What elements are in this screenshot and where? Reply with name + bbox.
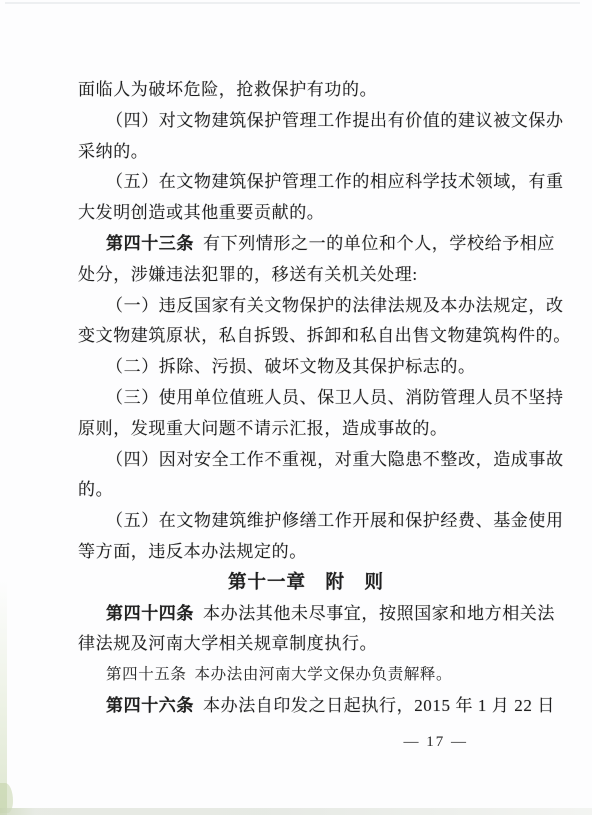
line-text: （五）在文物建筑保护管理工作的相应科学技术领域，有重	[106, 172, 564, 191]
scanned-document-page: 面临人为破坏危险，抢救保护有功的。（四）对文物建筑保护管理工作提出有价值的建议被…	[0, 0, 592, 815]
text-line: （三）使用单位值班人员、保卫人员、消防管理人员不坚持	[78, 383, 552, 414]
scan-artifact-top-edge	[5, 2, 580, 4]
line-text: 本办法自印发之日起执行，2015 年 1 月 22 日	[203, 696, 555, 715]
text-line: 第四十六条本办法自印发之日起执行，2015 年 1 月 22 日	[78, 691, 552, 722]
line-text: （三）使用单位值班人员、保卫人员、消防管理人员不坚持	[106, 388, 564, 407]
line-text: 采纳的。	[78, 142, 148, 161]
article-number: 第四十六条	[106, 696, 194, 715]
text-line: 等方面，违反本办法规定的。	[78, 537, 552, 568]
scan-artifact-bottom-edge	[0, 808, 592, 815]
text-line: 大发明创造或其他重要贡献的。	[78, 198, 552, 229]
line-text: 变文物建筑原状，私自拆毁、拆卸和私自出售文物建筑构件的。	[78, 326, 571, 345]
document-body: 面临人为破坏危险，抢救保护有功的。（四）对文物建筑保护管理工作提出有价值的建议被…	[0, 0, 592, 753]
article-number: 第四十五条	[106, 666, 187, 683]
text-line: 变文物建筑原状，私自拆毁、拆卸和私自出售文物建筑构件的。	[78, 321, 552, 352]
text-line: 的。	[78, 475, 552, 506]
line-text: 大发明创造或其他重要贡献的。	[78, 203, 324, 222]
text-line: 第四十五条本办法由河南大学文保办负责解释。	[78, 660, 552, 691]
article-number: 第四十三条	[106, 234, 194, 253]
line-text: 处分，涉嫌违法犯罪的，移送有关机关处理:	[78, 265, 418, 284]
text-line: （四）因对安全工作不重视，对重大隐患不整改，造成事故	[78, 445, 552, 476]
page-number: — 17 —	[78, 731, 552, 753]
line-text: 第十一章 附 则	[228, 573, 384, 593]
text-line: （二）拆除、污损、破坏文物及其保护标志的。	[78, 352, 552, 383]
text-line: （一）违反国家有关文物保护的法律法规及本办法规定，改	[78, 291, 552, 322]
line-text: （四）对文物建筑保护管理工作提出有价值的建议被文保办	[106, 111, 564, 130]
line-text: 本办法由河南大学文保办负责解释。	[195, 666, 453, 683]
text-line: 采纳的。	[78, 137, 552, 168]
scan-artifact-left-edge	[0, 580, 7, 815]
article-number: 第四十四条	[106, 604, 194, 623]
text-line: 律法规及河南大学相关规章制度执行。	[78, 629, 552, 660]
line-text: 等方面，违反本办法规定的。	[78, 542, 307, 561]
text-line: （四）对文物建筑保护管理工作提出有价值的建议被文保办	[78, 106, 552, 137]
line-text: （五）在文物建筑维护修缮工作开展和保护经费、基金使用	[106, 511, 564, 530]
line-text: 本办法其他未尽事宜，按照国家和地方相关法	[203, 604, 555, 623]
line-text: 面临人为破坏危险，抢救保护有功的。	[78, 80, 377, 99]
text-line: 面临人为破坏危险，抢救保护有功的。	[78, 75, 552, 106]
line-text: （二）拆除、污损、破坏文物及其保护标志的。	[106, 357, 476, 376]
text-line: 第四十四条本办法其他未尽事宜，按照国家和地方相关法	[78, 599, 552, 630]
line-text: 律法规及河南大学相关规章制度执行。	[78, 634, 377, 653]
line-text: 原则，发现重大问题不请示汇报，造成事故的。	[78, 419, 448, 438]
text-line: （五）在文物建筑维护修缮工作开展和保护经费、基金使用	[78, 506, 552, 537]
document-lines: 面临人为破坏危险，抢救保护有功的。（四）对文物建筑保护管理工作提出有价值的建议被…	[78, 75, 552, 722]
line-text: （一）违反国家有关文物保护的法律法规及本办法规定，改	[106, 296, 564, 315]
line-text: （四）因对安全工作不重视，对重大隐患不整改，造成事故	[106, 450, 564, 469]
text-line: 原则，发现重大问题不请示汇报，造成事故的。	[78, 414, 552, 445]
text-line: 处分，涉嫌违法犯罪的，移送有关机关处理:	[78, 260, 552, 291]
text-line: （五）在文物建筑保护管理工作的相应科学技术领域，有重	[78, 167, 552, 198]
line-text: 的。	[78, 480, 113, 499]
chapter-heading: 第十一章 附 则	[78, 568, 552, 599]
text-line: 第四十三条有下列情形之一的单位和个人，学校给予相应	[78, 229, 552, 260]
line-text: 有下列情形之一的单位和个人，学校给予相应	[203, 234, 555, 253]
